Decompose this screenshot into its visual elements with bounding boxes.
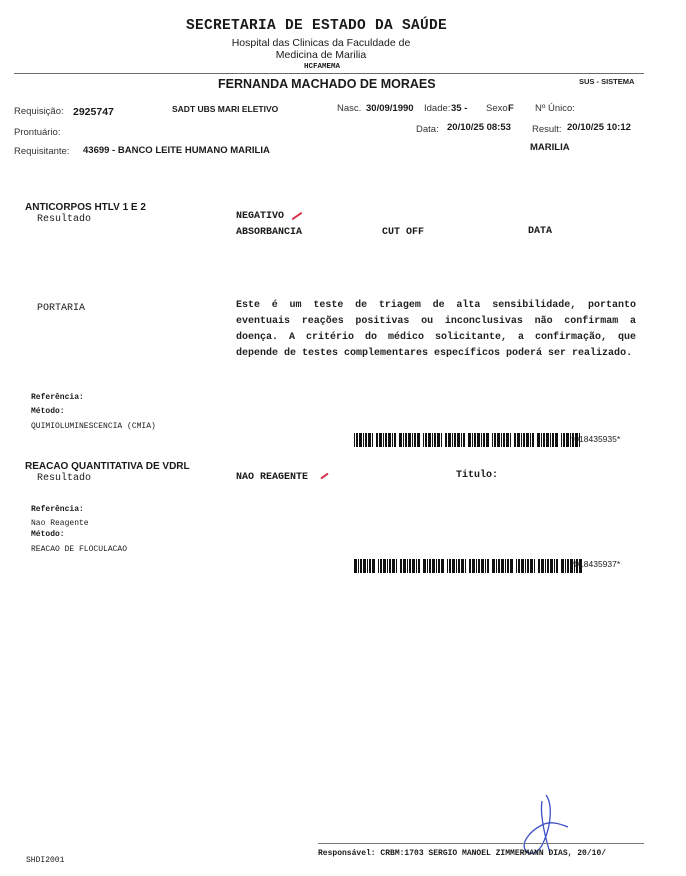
exam-title-vdrl: REACAO QUANTITATIVA DE VDRL (25, 461, 190, 472)
column-data: DATA (528, 226, 552, 237)
idade-value: 35 - (451, 103, 467, 114)
referencia-value-vdrl: Nao Reagente (31, 519, 89, 528)
hospital-name-line1: Hospital das Clinicas da Faculdade de (171, 37, 471, 49)
prontuario-label: Prontuário: (14, 127, 60, 138)
requisicao-value: 2925747 (73, 106, 114, 118)
signature (518, 793, 588, 873)
portaria-note: Este é um teste de triagem de alta sensi… (236, 298, 636, 362)
sexo-value: F (508, 103, 514, 114)
patient-name: FERNANDA MACHADO DE MORAES (218, 77, 436, 91)
metodo-value-vdrl: REACAO DE FLOCULACAO (31, 545, 127, 554)
requisitante-label: Requisitante: (14, 146, 69, 157)
document-title: SECRETARIA DE ESTADO DA SAÚDE (186, 18, 447, 34)
numero-unico-label: Nº Único: (535, 103, 575, 114)
column-absorbancia: ABSORBANCIA (236, 227, 302, 238)
header-divider (14, 73, 644, 74)
unit-name: SADT UBS MARI ELETIVO (172, 104, 278, 114)
requisitante-value: 43699 - BANCO LEITE HUMANO MARILIA (83, 145, 270, 156)
data-value: 20/10/25 08:53 (447, 122, 511, 133)
sexo-label: Sexo (486, 103, 508, 114)
data-label: Data: (416, 124, 439, 135)
check-mark-icon (292, 212, 303, 221)
signature-line (318, 843, 644, 844)
referencia-label-htlv: Referência: (31, 393, 84, 402)
result-value-htlv: NEGATIVO (236, 211, 284, 222)
requisicao-label: Requisição: (14, 106, 64, 117)
barcode-vdrl (354, 559, 585, 573)
system-tag: SUS - SISTEMA (579, 77, 634, 86)
result-label: Result: (532, 124, 562, 135)
hospital-name-line2: Medicina de Marilia (171, 49, 471, 61)
metodo-label-htlv: Método: (31, 407, 65, 416)
idade-label: Idade: (424, 103, 450, 114)
form-code: SHDI2001 (26, 856, 64, 865)
barcode-number-vdrl: *018435937* (571, 559, 620, 569)
hospital-acronym: HCFAMEMA (304, 63, 340, 71)
titulo-label-vdrl: Titulo: (456, 470, 498, 481)
result-label-vdrl: Resultado (37, 473, 91, 484)
result-value-vdrl: NAO REAGENTE (236, 472, 308, 483)
metodo-value-htlv: QUIMIOLUMINESCENCIA (CMIA) (31, 422, 156, 431)
check-mark-icon (320, 473, 329, 480)
exam-title-htlv: ANTICORPOS HTLV 1 E 2 (25, 202, 146, 213)
result-label-htlv: Resultado (37, 214, 91, 225)
column-cut-off: CUT OFF (382, 227, 424, 238)
referencia-label-vdrl: Referência: (31, 505, 84, 514)
barcode-htlv (354, 433, 583, 447)
nasc-value: 30/09/1990 (366, 103, 414, 114)
metodo-label-vdrl: Método: (31, 530, 65, 539)
result-value: 20/10/25 10:12 (567, 122, 631, 133)
responsible-line: Responsável: CRBM:1703 SERGIO MANOEL ZIM… (318, 849, 606, 858)
barcode-number-htlv: *018435935* (571, 434, 620, 444)
city: MARILIA (530, 142, 570, 153)
portaria-label: PORTARIA (37, 303, 85, 314)
nasc-label: Nasc. (337, 103, 361, 114)
